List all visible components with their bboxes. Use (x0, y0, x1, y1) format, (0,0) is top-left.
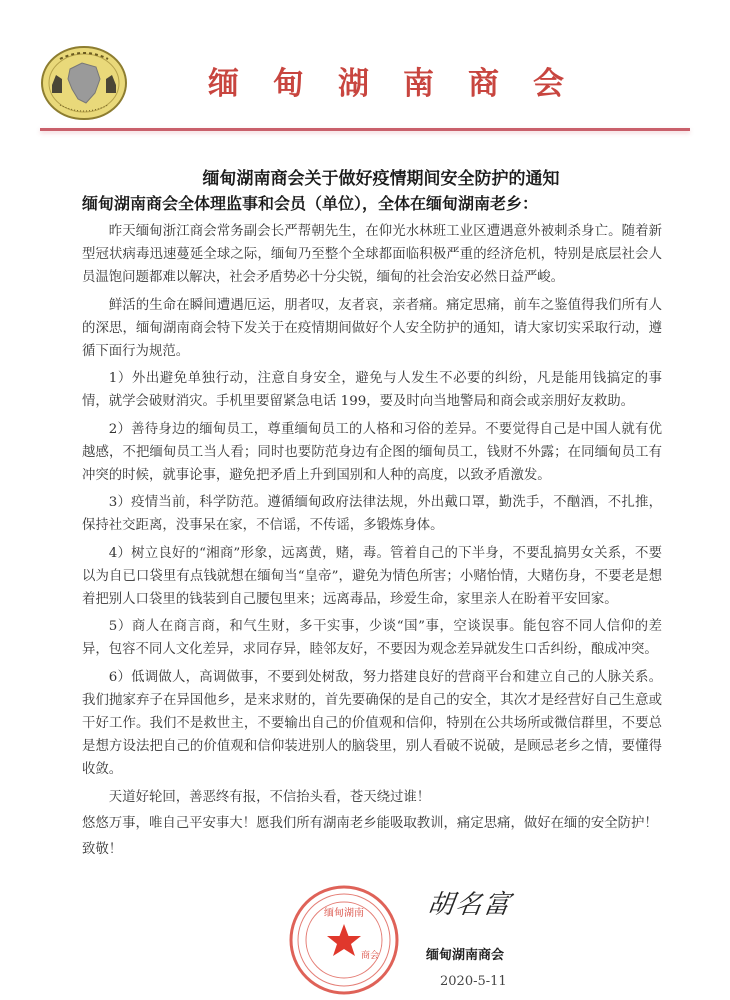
notice-title: 缅甸湖南商会关于做好疫情期间安全防护的通知 (0, 164, 730, 189)
header-divider (40, 128, 690, 131)
notice-body: 昨天缅甸浙江商会常务副会长严帮朝先生，在仰光水林班工业区遭遇意外被刺杀身亡。随着… (82, 220, 662, 864)
regards-line: 致敬！ (82, 838, 662, 861)
rule-item-6: 6）低调做人，高调做事，不要到处树敌，努力搭建良好的营商平台和建立自己的人脉关系… (82, 666, 662, 782)
svg-text:缅甸湖南: 缅甸湖南 (324, 906, 364, 919)
proverb-line: 天道好轮回，善恶终有报，不信抬头看，苍天绕过谁！ (82, 786, 662, 809)
letterhead: 缅甸湖南商会 (0, 0, 730, 135)
chamber-logo-icon (40, 45, 128, 121)
rule-item-2: 2）善待身边的缅甸员工，尊重缅甸员工的人格和习俗的差异。不要觉得自己是中国人就有… (82, 418, 662, 488)
red-star-seal-icon: 缅甸湖南 商会 (288, 884, 400, 996)
paragraph-incident: 昨天缅甸浙江商会常务副会长严帮朝先生，在仰光水林班工业区遭遇意外被刺杀身亡。随着… (82, 220, 662, 290)
rule-item-3: 3）疫情当前，科学防范。遵循缅甸政府法律法规，外出戴口罩，勤洗手，不酗酒，不扎推… (82, 491, 662, 537)
signoff-date: 2020-5-11 (440, 974, 507, 989)
signoff-org: 缅甸湖南商会 (426, 944, 504, 963)
rule-item-5: 5）商人在商言商，和气生财，多干实事，少谈“国”事，空谈误事。能包容不同人信仰的… (82, 615, 662, 661)
closing-line: 悠悠万事，唯自己平安事大！愿我们所有湖南老乡能吸取教训，痛定思痛，做好在缅的安全… (82, 812, 662, 835)
rule-item-1: 1）外出避免单独行动，注意自身安全，避免与人发生不必要的纠纷，凡是能用钱搞定的事… (82, 367, 662, 413)
letterhead-org-name: 缅甸湖南商会 (208, 58, 598, 103)
signature: 胡名富 (425, 884, 514, 921)
svg-text:商会: 商会 (361, 949, 379, 961)
paragraph-reflection: 鲜活的生命在瞬间遭遇厄运，朋者叹，友者哀，亲者痛。痛定思痛，前车之鉴值得我们所有… (82, 294, 662, 364)
notice-salutation: 缅甸湖南商会全体理监事和会员（单位），全体在缅甸湖南老乡： (82, 191, 538, 214)
rule-item-4: 4）树立良好的“湘商”形象，远离黄，赌，毒。管着自己的下半身，不要乱搞男女关系，… (82, 542, 662, 612)
